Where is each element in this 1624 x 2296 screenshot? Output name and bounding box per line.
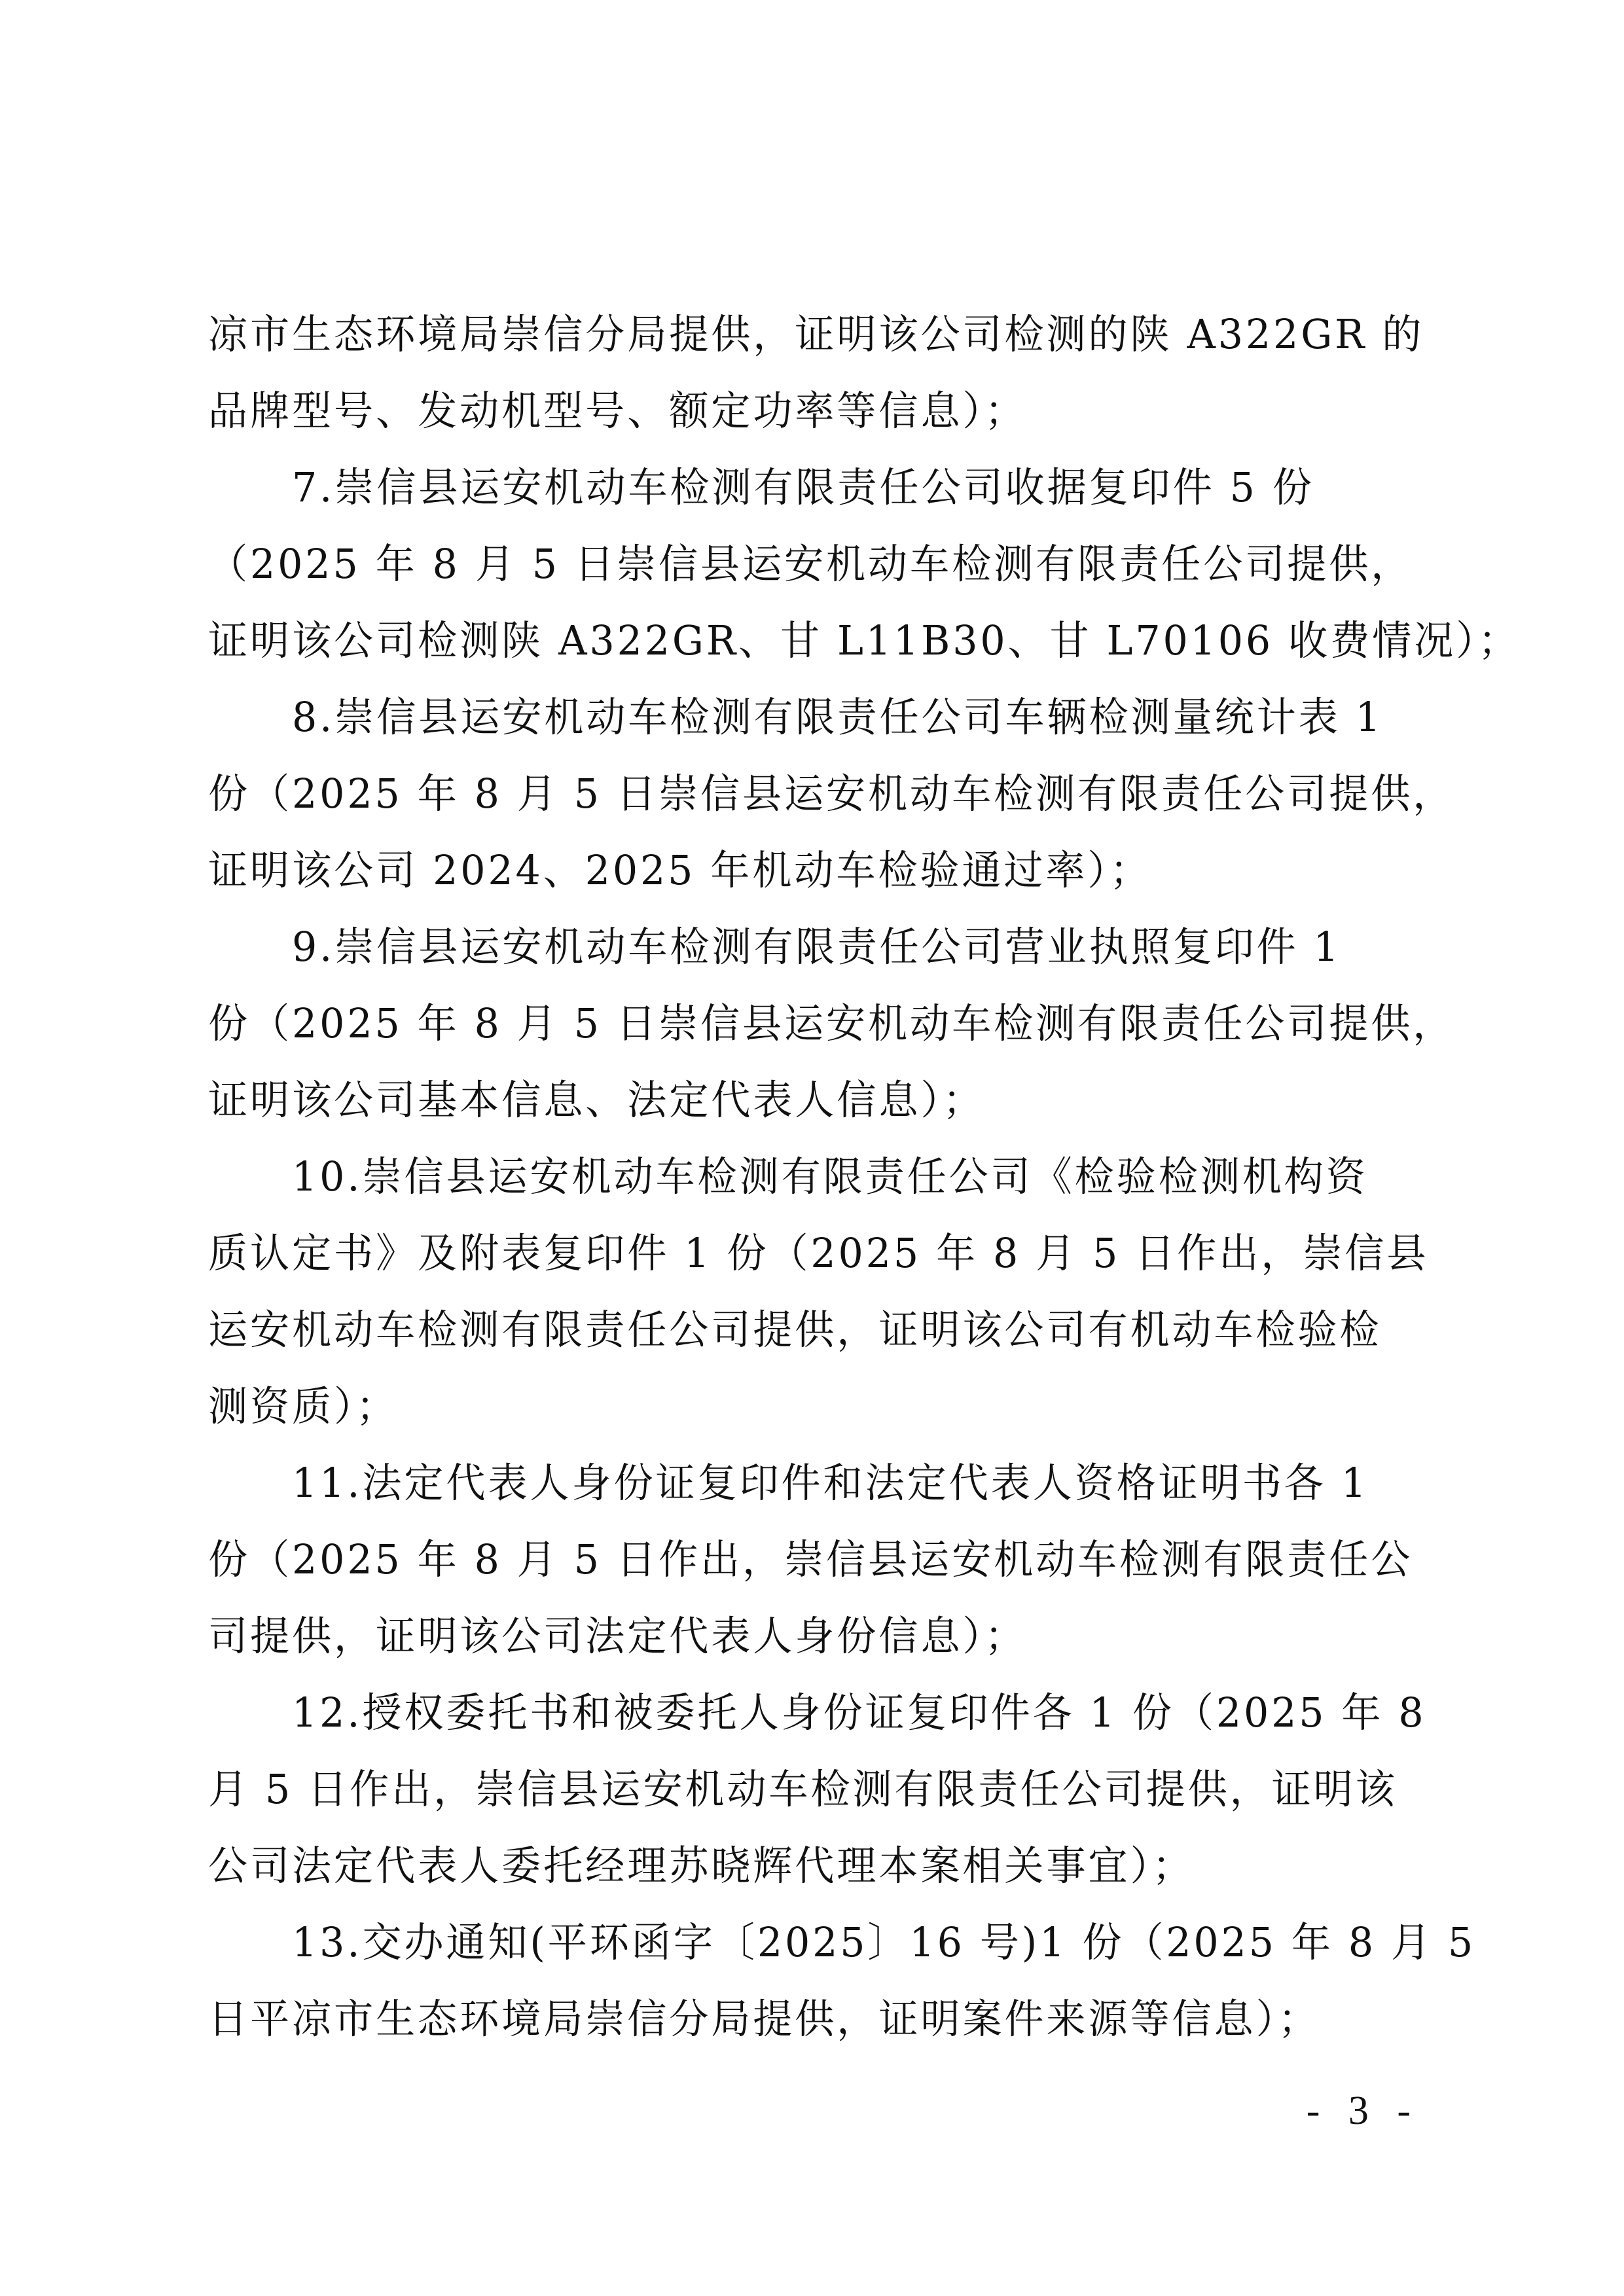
- text-line: 日平凉市生态环境局崇信分局提供，证明案件来源等信息）；: [208, 1981, 1382, 2057]
- text-line: 9.崇信县运安机动车检测有限责任公司营业执照复印件 1: [208, 908, 1382, 985]
- text-line: 月 5 日作出，崇信县运安机动车检测有限责任公司提供，证明该: [208, 1751, 1382, 1827]
- text-line: （2025 年 8 月 5 日崇信县运安机动车检测有限责任公司提供，: [208, 526, 1382, 602]
- continuation-paragraph: 凉市生态环境局崇信分局提供，证明该公司检测的陕 A322GR 的 品牌型号、发动…: [208, 296, 1418, 449]
- text-line: 13.交办通知(平环函字〔2025〕16 号)1 份（2025 年 8 月 5: [208, 1904, 1382, 1981]
- evidence-item-10: 10.崇信县运安机动车检测有限责任公司《检验检测机构资 质认定书》及附表复印件 …: [208, 1138, 1418, 1444]
- text-line: 11.法定代表人身份证复印件和法定代表人资格证明书各 1: [208, 1444, 1382, 1521]
- evidence-item-12: 12.授权委托书和被委托人身份证复印件各 1 份（2025 年 8 月 5 日作…: [208, 1674, 1418, 1904]
- evidence-item-13: 13.交办通知(平环函字〔2025〕16 号)1 份（2025 年 8 月 5 …: [208, 1904, 1418, 2057]
- text-line: 份（2025 年 8 月 5 日作出，崇信县运安机动车检测有限责任公: [208, 1521, 1382, 1598]
- text-line: 证明该公司 2024、2025 年机动车检验通过率）；: [208, 832, 1382, 908]
- text-line: 8.崇信县运安机动车检测有限责任公司车辆检测量统计表 1: [208, 679, 1382, 755]
- text-line: 公司法定代表人委托经理苏晓辉代理本案相关事宜）；: [208, 1827, 1382, 1904]
- page-number: - 3 -: [1307, 2088, 1420, 2134]
- text-line: 10.崇信县运安机动车检测有限责任公司《检验检测机构资: [208, 1138, 1382, 1215]
- evidence-item-11: 11.法定代表人身份证复印件和法定代表人资格证明书各 1 份（2025 年 8 …: [208, 1444, 1418, 1674]
- text-line: 司提供，证明该公司法定代表人身份信息）；: [208, 1598, 1382, 1674]
- text-line: 凉市生态环境局崇信分局提供，证明该公司检测的陕 A322GR 的: [208, 296, 1382, 372]
- text-line: 质认定书》及附表复印件 1 份（2025 年 8 月 5 日作出，崇信县: [208, 1215, 1382, 1291]
- evidence-item-9: 9.崇信县运安机动车检测有限责任公司营业执照复印件 1 份（2025 年 8 月…: [208, 908, 1418, 1138]
- evidence-item-8: 8.崇信县运安机动车检测有限责任公司车辆检测量统计表 1 份（2025 年 8 …: [208, 679, 1418, 908]
- text-line: 12.授权委托书和被委托人身份证复印件各 1 份（2025 年 8: [208, 1674, 1382, 1751]
- text-line: 测资质）；: [208, 1368, 1382, 1444]
- document-body: 凉市生态环境局崇信分局提供，证明该公司检测的陕 A322GR 的 品牌型号、发动…: [208, 296, 1418, 2057]
- text-line: 证明该公司基本信息、法定代表人信息）；: [208, 1062, 1382, 1138]
- text-line: 运安机动车检测有限责任公司提供，证明该公司有机动车检验检: [208, 1291, 1382, 1368]
- text-line: 品牌型号、发动机型号、额定功率等信息）；: [208, 372, 1382, 449]
- text-line: 证明该公司检测陕 A322GR、甘 L11B30、甘 L70106 收费情况）；: [208, 602, 1382, 679]
- text-line: 份（2025 年 8 月 5 日崇信县运安机动车检测有限责任公司提供，: [208, 985, 1382, 1062]
- evidence-item-7: 7.崇信县运安机动车检测有限责任公司收据复印件 5 份 （2025 年 8 月 …: [208, 449, 1418, 679]
- text-line: 7.崇信县运安机动车检测有限责任公司收据复印件 5 份: [208, 449, 1382, 526]
- text-line: 份（2025 年 8 月 5 日崇信县运安机动车检测有限责任公司提供，: [208, 755, 1382, 832]
